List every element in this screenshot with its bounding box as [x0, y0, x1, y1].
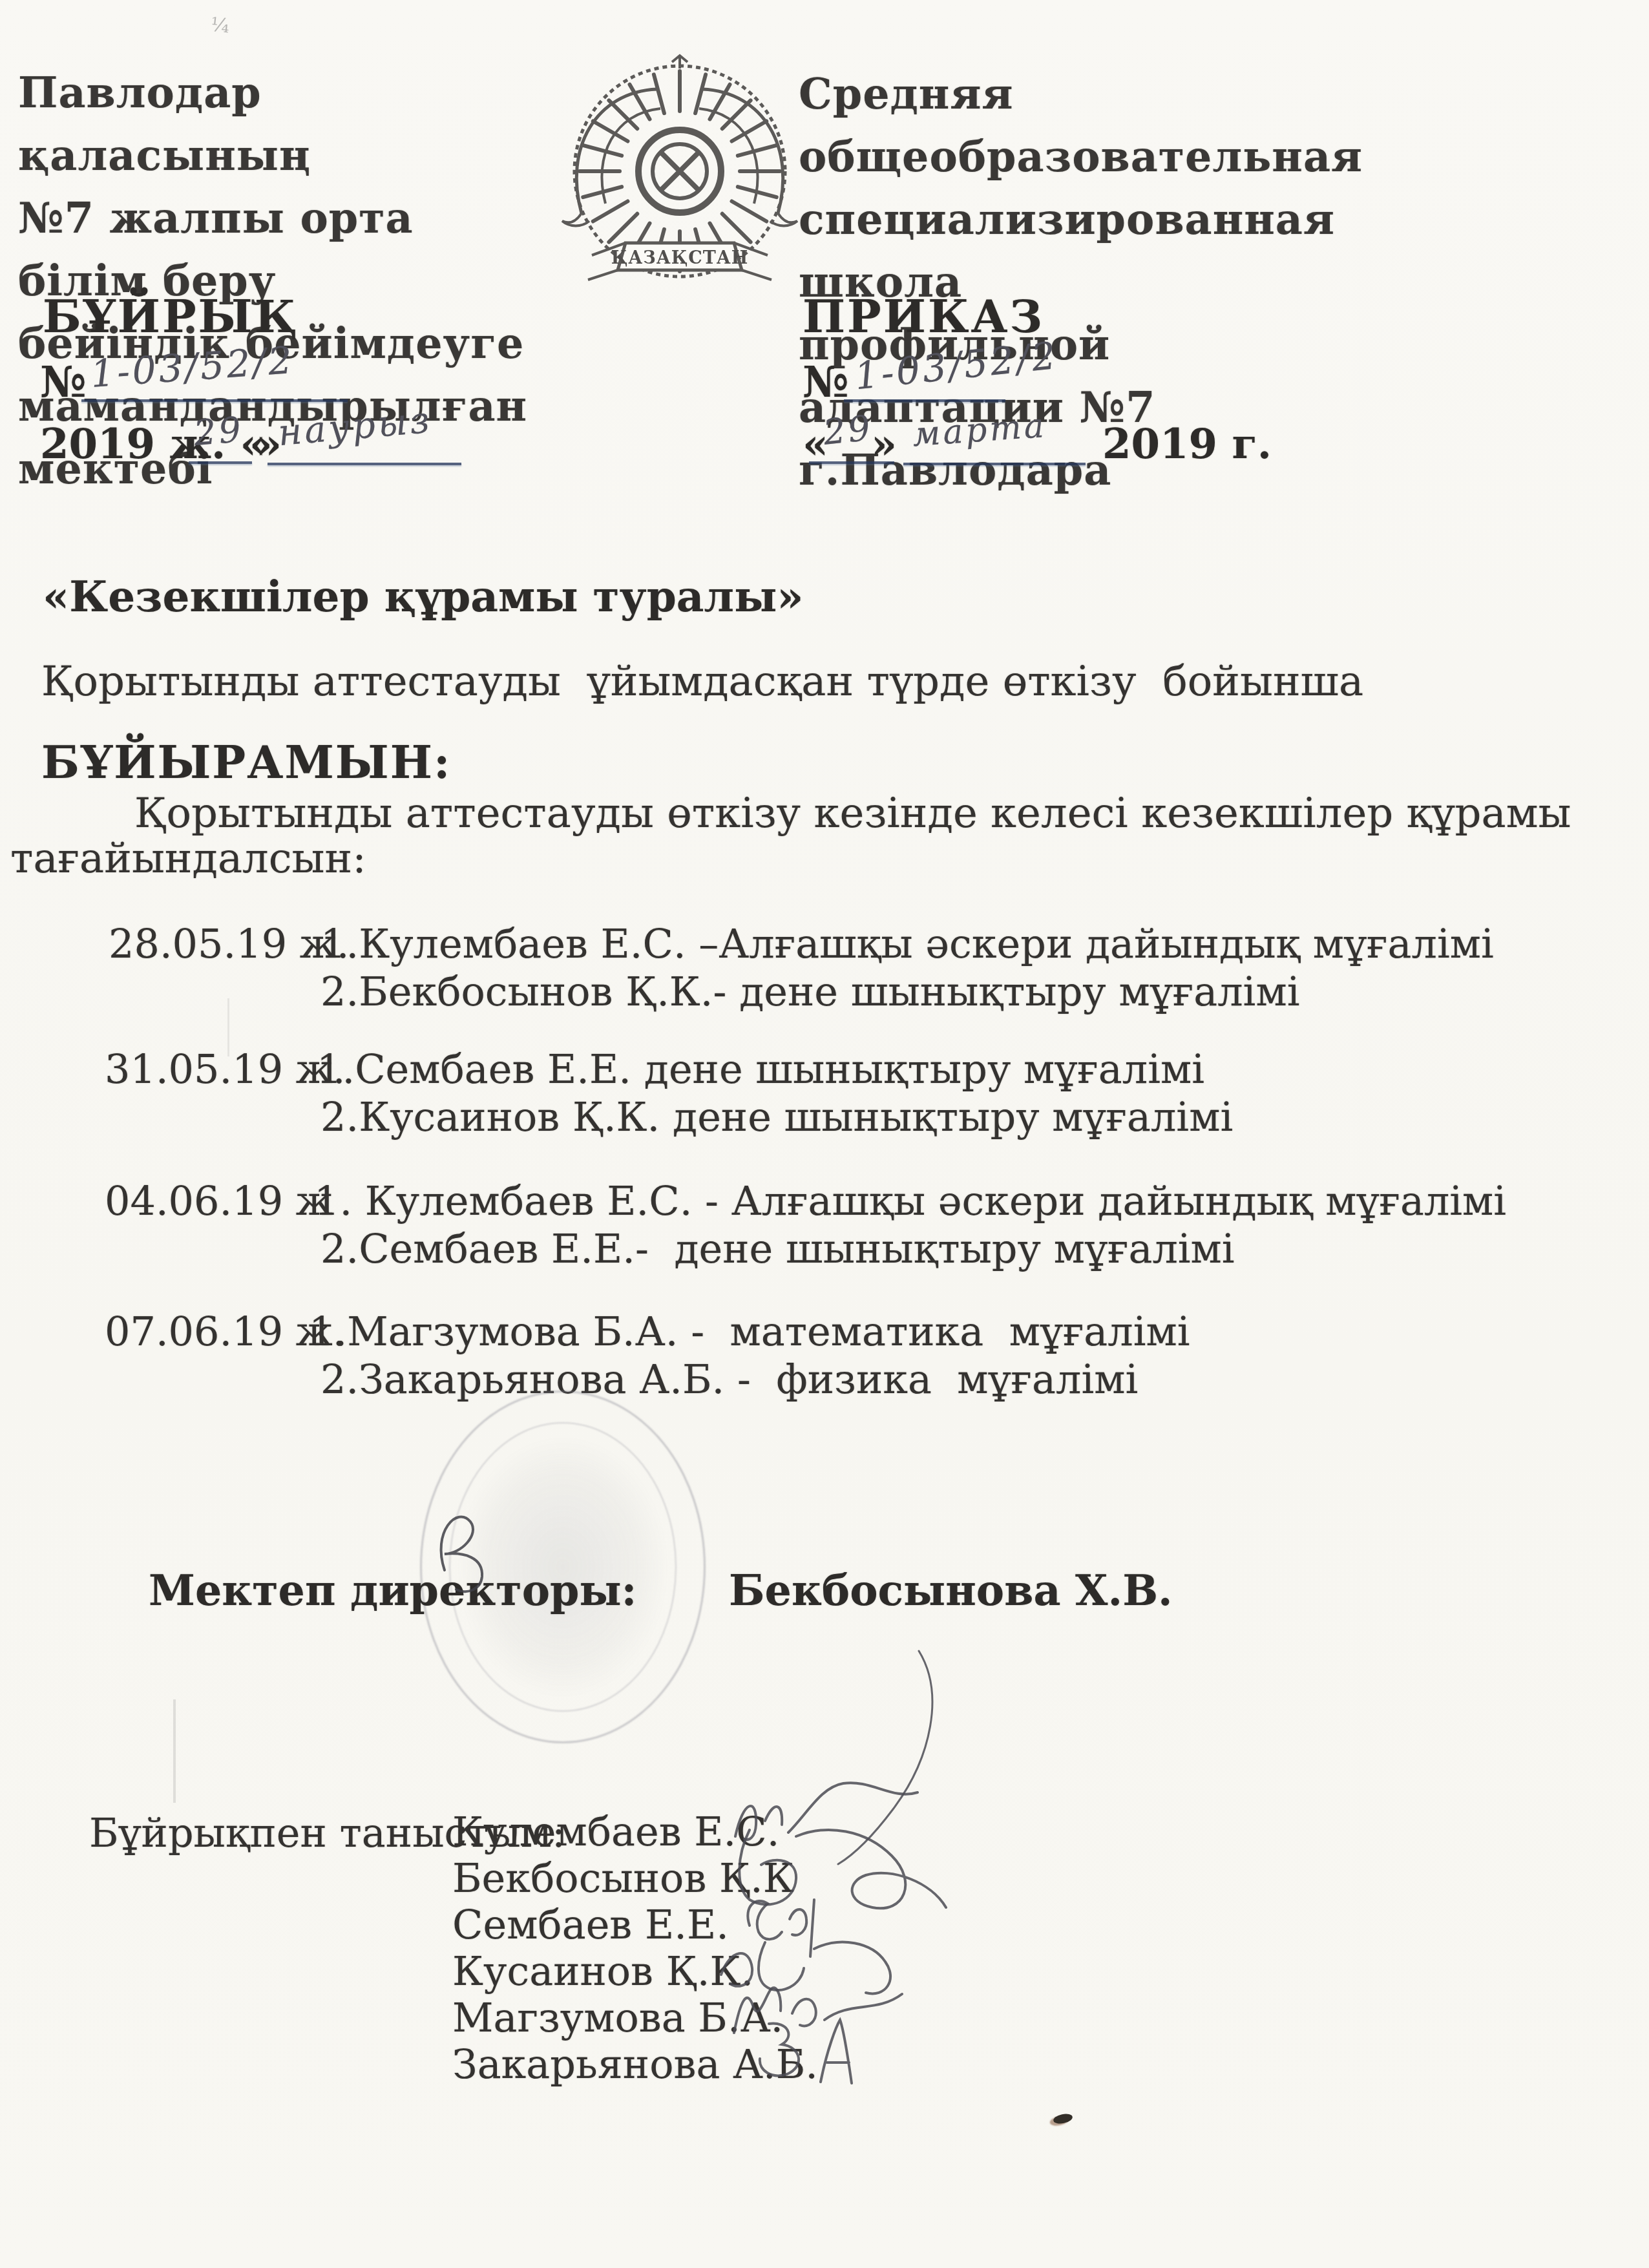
- order-resolve-heading: БҰЙЫРАМЫН:: [41, 737, 451, 789]
- duty-item: 1.Кулембаев Е.С. –Алғашқы әскери дайынды…: [320, 920, 1494, 967]
- date-year-ru: 2019 г.: [1102, 420, 1272, 468]
- acknowledgement-name: Кусаинов Қ.К.: [452, 1948, 753, 1995]
- month-underline-kk: [268, 463, 461, 465]
- scanned-order-document: Павлодар қаласының №7 жалпы орта білім б…: [0, 0, 1649, 2268]
- order-title-ru: ПРИКАЗ: [803, 289, 1044, 343]
- ink-blot: [1053, 2112, 1073, 2125]
- acknowledgement-name: Сембаев Е.Е.: [452, 1901, 729, 1948]
- number-underline-kk: [81, 399, 348, 402]
- date-day-handwritten-ru: 29: [821, 407, 875, 453]
- order-intro: Қорытынды аттестауды ұйымдасқан түрде өт…: [41, 658, 1363, 706]
- duty-item: 2.Кусаинов Қ.К. дене шынықтыру мұғалімі: [320, 1093, 1233, 1140]
- duty-item: 2.Сембаев Е.Е.- дене шынықтыру мұғалімі: [320, 1225, 1235, 1272]
- scan-artifact-mark: ¼: [209, 14, 231, 38]
- director-signature: [406, 1493, 529, 1615]
- duty-item: 1. Кулембаев Е.С. - Алғашқы әскери дайын…: [314, 1177, 1506, 1224]
- order-number-label-ru: №: [803, 357, 849, 407]
- duty-item: 2.Закарьянова А.Б. - физика мұғалімі: [320, 1356, 1138, 1403]
- order-subject: «Кезекшілер құрамы туралы»: [43, 571, 804, 622]
- order-number-label-kk: №: [40, 357, 87, 407]
- director-label: Мектеп директоры:: [149, 1566, 637, 1615]
- letterhead-ru-line: Средняя общеобразовательная: [799, 63, 1380, 189]
- signature-zakaryanova: [730, 2011, 963, 2114]
- duty-item: 1.Сембаев Е.Е. дене шынықтыру мұғалімі: [317, 1045, 1204, 1093]
- order-title-kk: БҰЙРЫҚ: [43, 289, 299, 343]
- month-underline-ru: [903, 463, 1086, 465]
- duty-date: 04.06.19 ж: [105, 1177, 333, 1224]
- emblem-banner-text: ҚАЗАҚСТАН: [611, 248, 749, 268]
- director-name: Бекбосынова Х.В.: [729, 1566, 1173, 1615]
- scan-artifact-streak: [173, 1699, 176, 1803]
- scan-artifact-streak: [227, 998, 229, 1056]
- order-paragraph-line2: тағайындалсын:: [10, 835, 366, 883]
- order-paragraph-line1: Қорытынды аттестауды өткізу кезінде келе…: [134, 790, 1571, 837]
- date-day-handwritten-kk: 29: [192, 409, 245, 454]
- number-underline-ru: [844, 399, 1005, 402]
- duty-item: 2.Бекбосынов Қ.К.- дене шынықтыру мұғалі…: [320, 968, 1299, 1015]
- duty-date: 28.05.19 ж.: [109, 920, 350, 967]
- duty-item: 1.Магзумова Б.А. - математика мұғалімі: [309, 1308, 1190, 1355]
- letterhead-kk-line: Павлодар қаласының: [18, 62, 554, 187]
- kazakhstan-coat-of-arms-icon: ҚАЗАҚСТАН: [551, 52, 809, 293]
- date-quote-close-ru: »: [871, 420, 897, 468]
- duty-date: 31.05.19 ж.: [105, 1045, 346, 1093]
- day-underline-kk: [189, 461, 252, 464]
